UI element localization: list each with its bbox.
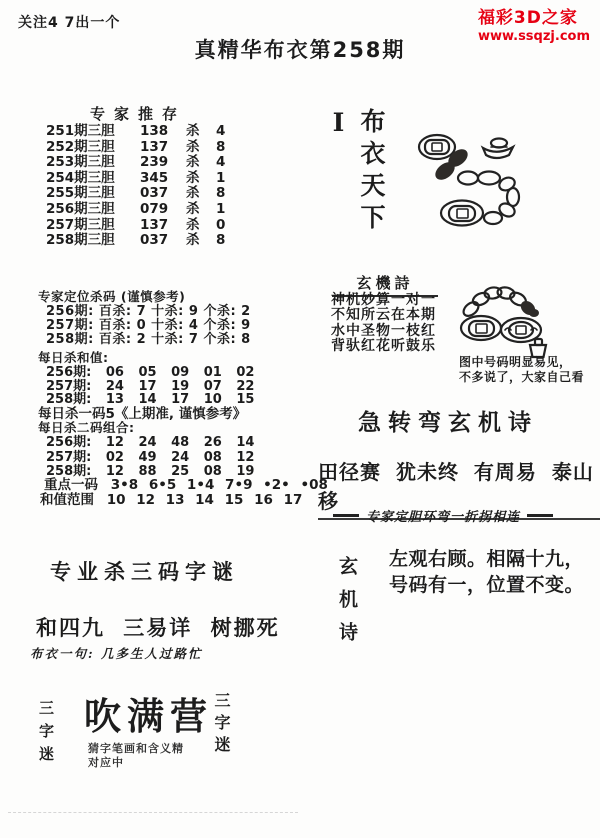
row-dan: 137 [140, 140, 186, 156]
row-period: 256期: [46, 435, 91, 450]
riddle-line: 和四九 三易详 树挪死 [36, 612, 280, 642]
buyi-sentence: 布衣一句: 几多生人过路忙 [30, 644, 202, 662]
table-row: 258期三胆 037 杀 8 [46, 233, 225, 249]
row-kill-value: 4 [216, 155, 225, 171]
row-dan: 345 [140, 171, 186, 187]
riddle-title: 专业杀三码字谜 [50, 556, 239, 586]
row-kill-label: 杀 [186, 218, 216, 234]
row-kill-value: 1 [216, 171, 225, 187]
poem-line: 左观右顾。相隔十九， [389, 546, 584, 572]
divider-bar-left [333, 514, 359, 518]
row-kill-label: 杀 [186, 202, 216, 218]
row-kill-value: 1 [216, 202, 225, 218]
poem-line: 神机妙算一对一 [331, 293, 436, 308]
row-period: 258期三胆 [46, 233, 140, 249]
bottom-poem: 左观右顾。相隔十九， 号码有一，位置不变。 [389, 546, 584, 598]
three-char-riddle-note: 猜字笔画和含义精 对应中 [88, 742, 184, 770]
table-row: 251期三胆 138 杀 4 [46, 124, 225, 140]
row-period: 255期三胆 [46, 186, 140, 202]
section-row: 257期: 24 17 19 07 22 [38, 380, 254, 394]
row-period: 252期三胆 [46, 140, 140, 156]
row-period: 254期三胆 [46, 171, 140, 187]
poem-line: 号码有一，位置不变。 [389, 572, 584, 598]
section-row: 258期: 百杀: 2 十杀: 7 个杀: 8 [38, 333, 251, 347]
row-period: 257期: [46, 450, 91, 465]
table-row: 253期三胆 239 杀 4 [46, 155, 225, 171]
poem-line: 水中圣物一枝红 [331, 324, 436, 339]
row-period: 253期三胆 [46, 155, 140, 171]
figure-caption: 图中号码明显易见， 不多说了，大家自己看 [459, 355, 584, 385]
three-char-riddle-label-left: 三字迷 [36, 700, 57, 790]
divider-bar-right [527, 514, 553, 518]
note-line: 猜字笔画和含义精 [88, 742, 184, 756]
section-title: 专家定位杀码 (谨慎参考) [38, 287, 251, 305]
row-kill-value: 4 [216, 124, 225, 140]
note-line: 对应中 [88, 756, 184, 770]
section-title: 每日杀二码组合: [38, 418, 254, 436]
row-values: 02 49 24 08 12 [106, 450, 255, 465]
row-period: 251期三胆 [46, 124, 140, 140]
sharp-turn-title: 急转弯玄机诗 [358, 404, 538, 437]
row-dan: 239 [140, 155, 186, 171]
row-period: 257期三胆 [46, 218, 140, 234]
divider-text: 专家定胆环弯一折拐相连 [366, 506, 520, 525]
table-row: 252期三胆 137 杀 8 [46, 140, 225, 156]
row-kill-label: 杀 [186, 233, 216, 249]
daily-two-code-section: 每日杀二码组合: 256期: 12 24 48 26 14 257期: 02 4… [38, 418, 254, 480]
scan-artifact-line [8, 812, 298, 813]
sum-range-line: 和值范围 10 12 13 14 15 16 17 [40, 488, 302, 508]
poem-line: 不知所云在本期 [331, 308, 436, 323]
row-dan: 137 [140, 218, 186, 234]
caption-line: 不多说了，大家自己看 [459, 370, 584, 385]
table-row: 255期三胆 037 杀 8 [46, 186, 225, 202]
page-title: 真精华布衣第258期 [0, 34, 600, 64]
row-kill-label: 杀 [186, 140, 216, 156]
row-dan: 037 [140, 233, 186, 249]
row-kill-value: 8 [216, 233, 225, 249]
xuanji-poem: 神机妙算一对一 不知所云在本期 水中圣物一枝红 背驮红花听鼓乐 [331, 293, 436, 354]
recommend-title: 专家推存 [90, 103, 186, 124]
row-dan: 138 [140, 124, 186, 140]
recommend-table: 251期三胆 138 杀 4 252期三胆 137 杀 8 253期三胆 239… [46, 124, 225, 249]
sum-range-value: 10 12 13 14 15 16 17 [107, 492, 303, 508]
row-kill-label: 杀 [186, 186, 216, 202]
row-kill-value: 8 [216, 140, 225, 156]
section-title: 每日杀和值: [38, 348, 254, 366]
poem-line: 背驮红花听鼓乐 [331, 339, 436, 354]
row-dan: 037 [140, 186, 186, 202]
bottom-poem-label: 玄机诗 [334, 556, 361, 666]
section-row: 257期: 02 49 24 08 12 [38, 451, 254, 466]
section-row: 256期: 12 24 48 26 14 [38, 436, 254, 451]
table-row: 256期三胆 079 杀 1 [46, 202, 225, 218]
sum-range-label: 和值范围 [40, 492, 94, 508]
daily-kill-sum-section: 每日杀和值: 256期: 06 05 09 01 02 257期: 24 17 … [38, 348, 254, 407]
three-char-riddle-label-right: 三字迷 [210, 692, 233, 782]
expert-divider: 专家定胆环弯一折拐相连 [333, 506, 553, 525]
site-name: 福彩3D之家 [478, 8, 590, 29]
lottery-tip-sheet-page: 关注4 7出一个 福彩3D之家 www.ssqzj.com 真精华布衣第258期… [0, 0, 600, 838]
caption-line: 图中号码明显易见， [459, 355, 584, 370]
hint-beads-figure [458, 282, 568, 362]
position-kill-section: 专家定位杀码 (谨慎参考) 256期: 百杀: 7 十杀: 9 个杀: 2 25… [38, 287, 251, 348]
row-kill-value: 0 [216, 218, 225, 234]
row-kill-label: 杀 [186, 155, 216, 171]
three-char-riddle-word: 吹满营 [84, 686, 213, 740]
buyi-beads-figure [412, 128, 534, 230]
buyi-tianxia-label: 布衣天下I [324, 108, 389, 258]
row-period: 256期三胆 [46, 202, 140, 218]
section-row: 256期: 06 05 09 01 02 [38, 366, 254, 380]
watch-note: 关注4 7出一个 [18, 12, 120, 32]
row-kill-value: 8 [216, 186, 225, 202]
row-dan: 079 [140, 202, 186, 218]
row-kill-label: 杀 [186, 124, 216, 140]
row-values: 12 24 48 26 14 [106, 435, 255, 450]
table-row: 257期三胆 137 杀 0 [46, 218, 225, 234]
